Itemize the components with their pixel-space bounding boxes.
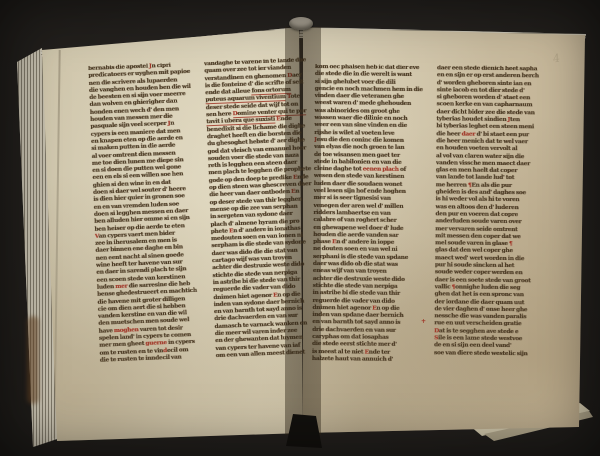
manuscript-photo: bernabis die apostel Jn cipripredicatoer… — [0, 0, 600, 456]
right-page-column-2: daer een stede dienich heet saphaen en s… — [434, 65, 546, 358]
right-page-column-1: kom oec phalsen heb ic dat dier evedie s… — [312, 64, 424, 364]
ink-stain — [27, 316, 39, 404]
manuscript-text-line: soe van diere stede westelic sijn — [434, 350, 543, 358]
red-margin-mark: + — [421, 318, 426, 325]
manuscript-text-line: halzete haut van annuich d' — [312, 356, 421, 364]
left-page-column-1: bernabis die apostel Jn cipripredicatoer… — [88, 62, 209, 365]
headband — [289, 17, 313, 30]
